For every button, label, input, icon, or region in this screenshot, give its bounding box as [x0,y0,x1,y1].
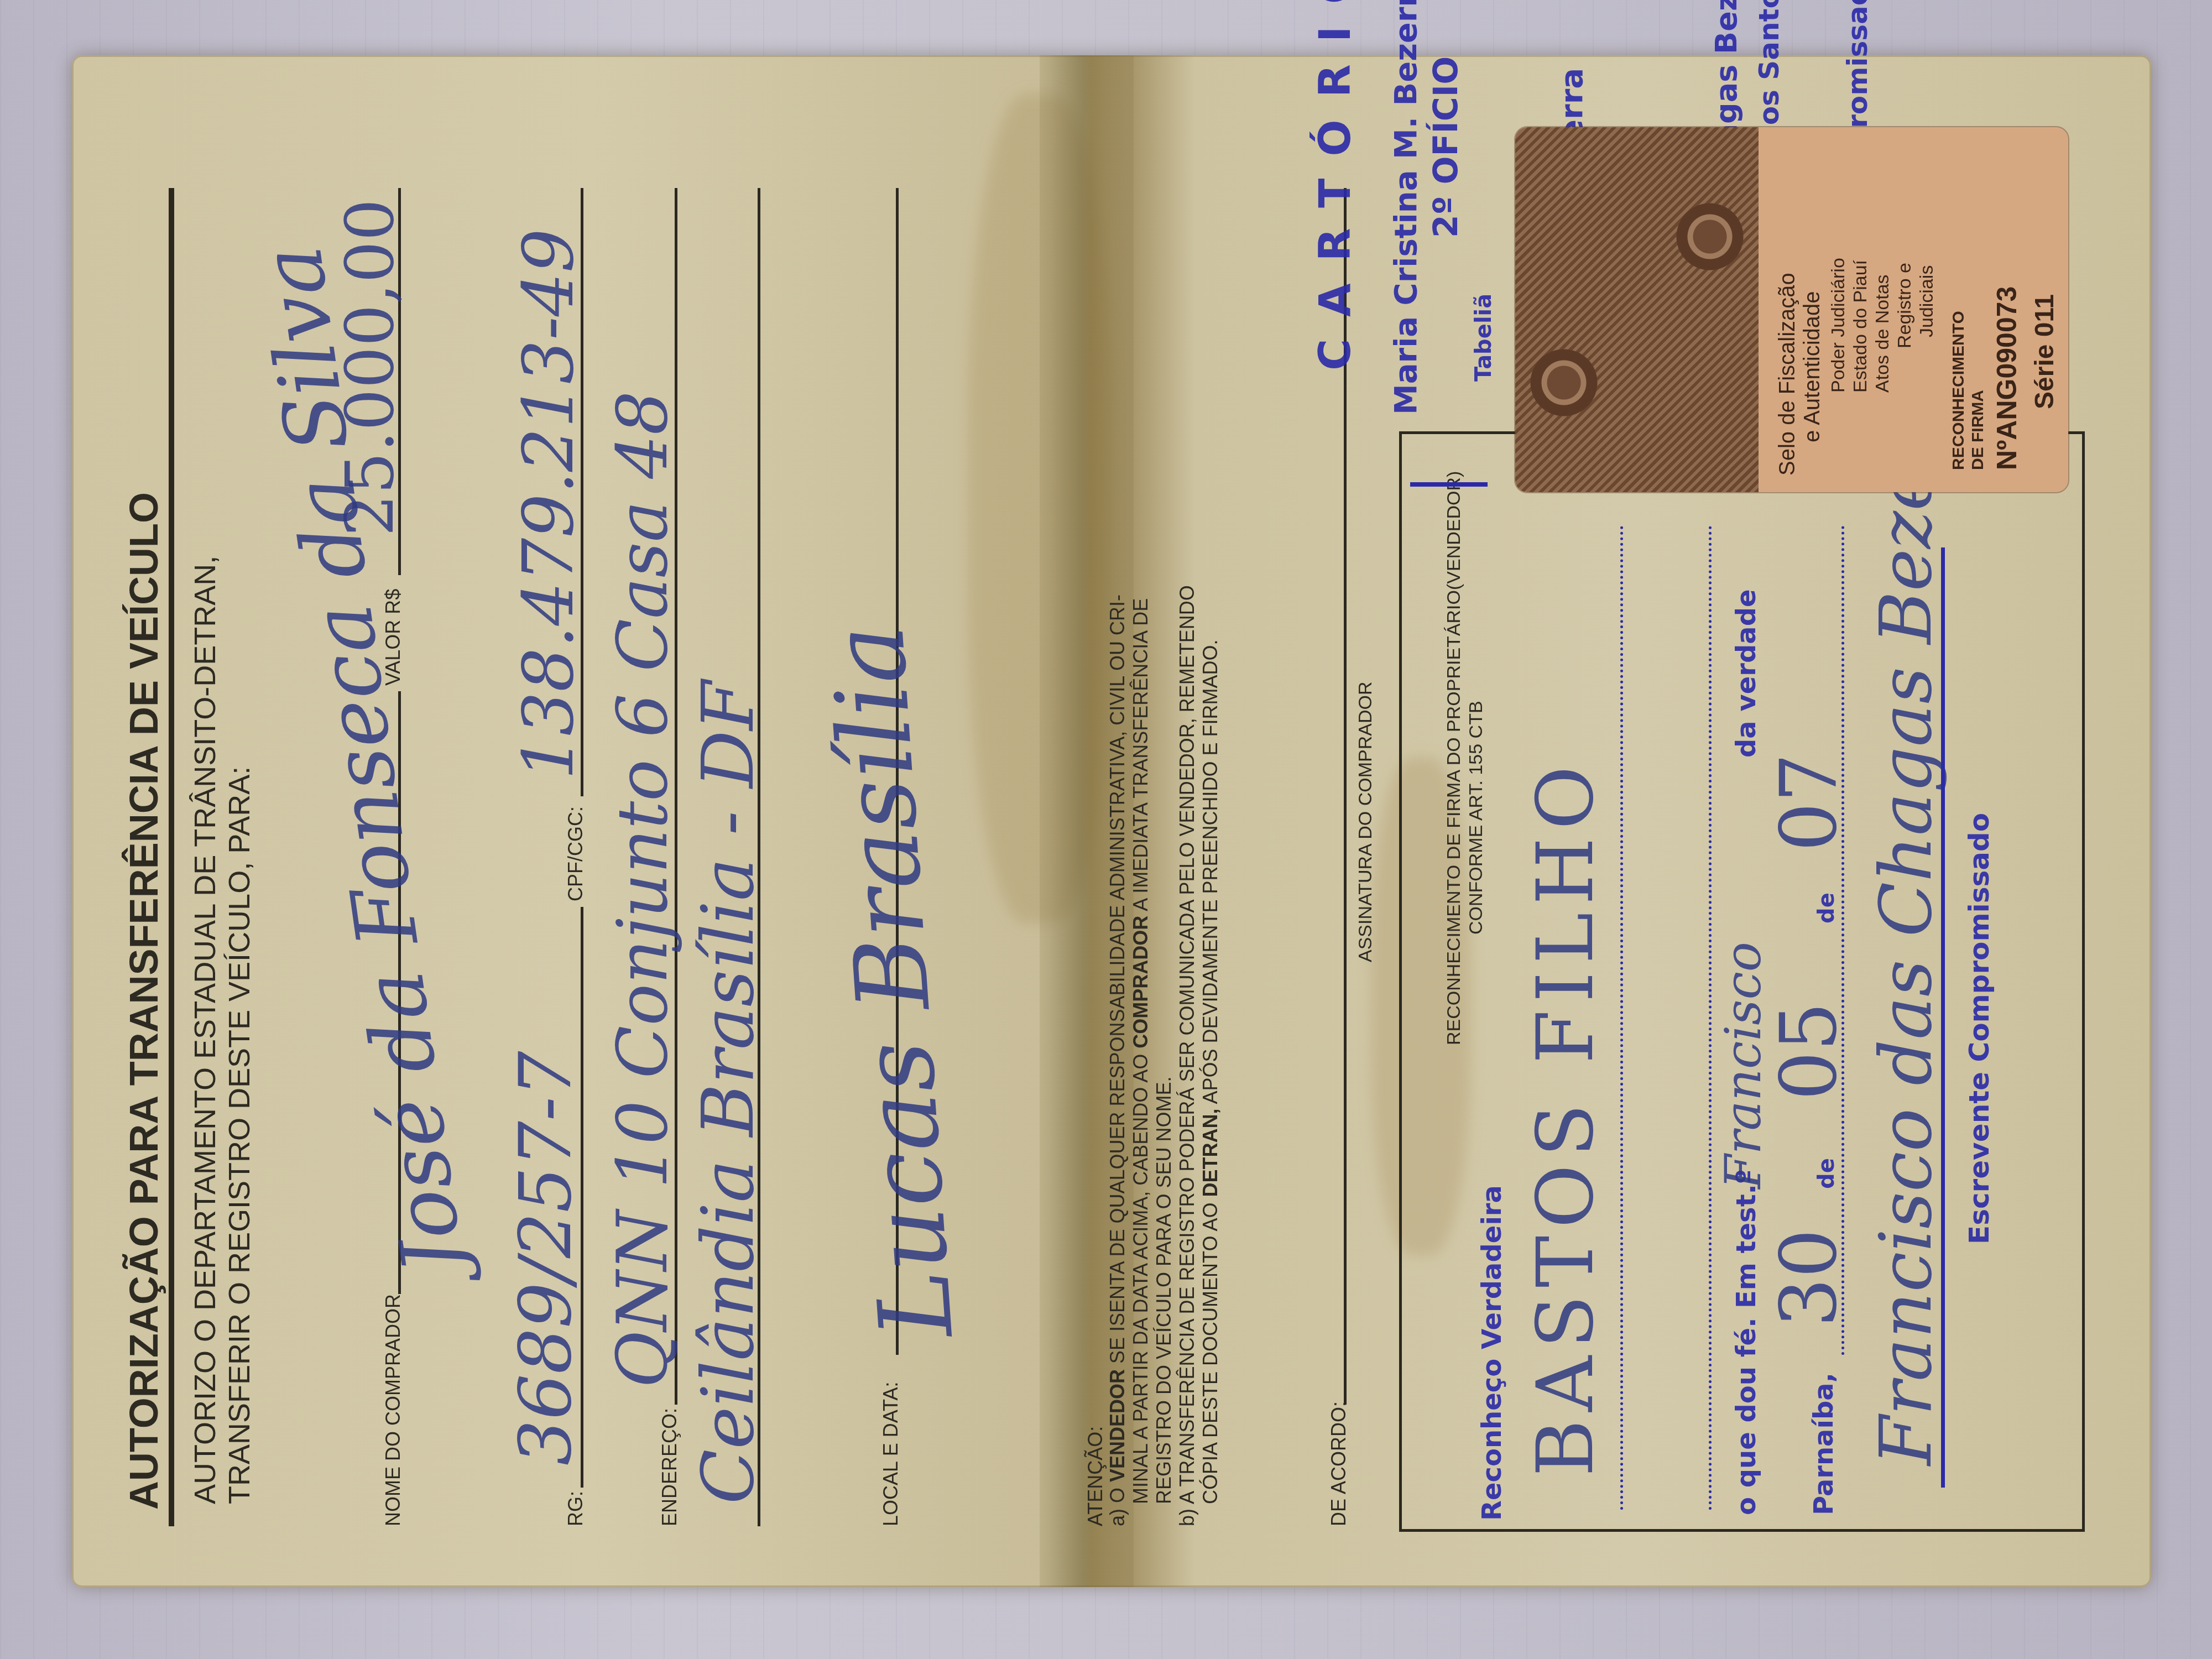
conforme-label: CONFORME ART. 155 CTB [1465,701,1487,935]
buyer-name-label: NOME DO COMPRADOR [382,1294,405,1526]
buyer-signature-label: ASSINATURA DO COMPRADOR [1355,681,1376,962]
seal-series: Série 011 [2030,294,2060,409]
notary-office-header: CARTÓRIO BEZERRA [1311,0,1360,371]
value-label: VALOR R$ [382,589,405,686]
seal-authority-3: Atos de Notas [1872,274,1893,393]
signer-dotted-line-2 [1709,525,1712,1510]
cpf-value: 138.479.213-49 [509,228,589,780]
date-sep-2: de [1814,893,1839,924]
seal-authority-1: Poder Judiciário [1828,258,1849,393]
intro-line-1: AUTORIZO O DEPARTAMENTO ESTADUAL DE TRÂN… [188,556,222,1504]
rg-value: 3689/257-7 [503,1051,587,1465]
fiscal-seal: Selo de Fiscalização e Autenticidade Pod… [1515,127,2068,492]
date-place: Parnaíba, [1808,1373,1839,1515]
agreement-label: DE ACORDO: [1327,1401,1350,1526]
place-date-label: LOCAL E DATA: [879,1382,902,1526]
cpf-label: CPF/CGC: [564,806,587,901]
title-underline [169,188,174,1526]
recognition-stamp-line-2: o que dou fé. Em test.º [1731,1169,1762,1515]
recognition-stamp-line-1: Reconheço Verdadeira [1477,1185,1507,1521]
recognition-stamp-truth: da verdade [1731,589,1762,758]
address-value-1: QNN 10 Conjunto 6 Casa 48 [603,391,683,1388]
notice-item-a-line-3: REGISTRO DO VEÍCULO PARA O SEU NOME. [1152,1077,1176,1504]
notary-office-number: 2º OFÍCIO [1427,56,1465,238]
date-month: 05 [1764,1002,1854,1100]
seal-number: NºANG090073 [1991,286,2023,470]
notary-name-1-role: Tabeliã [1471,294,1496,382]
seal-authority-2: Estado do Piauí [1850,260,1871,393]
notice-item-b-line-2: CÓPIA DESTE DOCUMENTO AO DETRAN, APÓS DE… [1199,639,1222,1504]
escrevente-label: Escrevente Compromissado [1963,813,1995,1244]
seal-title-2: e Autenticidade [1800,291,1825,442]
rg-label: RG: [564,1491,587,1526]
agreement-line [1344,188,1347,1405]
date-sep-1: de [1814,1158,1839,1189]
seal-authority-5: Judiciais [1916,265,1938,337]
value-amount: 25.000,00 [332,199,409,536]
notice-item-b-line-1: b) A TRANSFERÊNCIA DE REGISTRO PODERÁ SE… [1176,585,1199,1526]
recognition-label: RECONHECIMENTO DE FIRMA DO PROPRIETÁRIO(… [1443,471,1465,1045]
seal-authority-4: Registro e [1894,263,1916,348]
stamp-bracket [1410,482,1488,487]
notice-item-a-line-2: MINAL A PARTIR DA DATA ACIMA, CABENDO AO… [1129,598,1152,1504]
seal-title-1: Selo de Fiscalização [1775,273,1800,476]
seal-guilloche-pattern [1515,127,1759,492]
notary-name-1: Maria Cristina M. Bezerra [1388,0,1424,415]
address-label: ENDEREÇO: [658,1408,681,1526]
notary-signature-line [1941,547,1945,1488]
date-day: 30 [1764,1229,1854,1327]
date-year: 07 [1764,753,1854,852]
notice-item-a-line-1: a) O VENDEDOR SE ISENTA DE QUALQUER RESP… [1106,594,1129,1526]
signer-dotted-line [1620,525,1623,1510]
intro-line-2: TRANSFERIR O REGISTRO DESTE VEÍCULO, PAR… [222,766,257,1504]
seal-type-2: DE FIRMA [1969,390,1987,470]
signer-name-handwritten: BASTOS FILHO [1521,758,1611,1477]
notice-heading: ATENÇÃO: [1084,1426,1107,1526]
address-value-2: Ceilândia Brasília - DF [686,680,770,1504]
vehicle-transfer-document: AUTORIZAÇÃO PARA TRANSFERÊNCIA DE VEÍCUL… [72,55,2151,1587]
date-dotted-line [1841,525,1844,1355]
form-title: AUTORIZAÇÃO PARA TRANSFERÊNCIA DE VEÍCUL… [122,492,167,1510]
seal-type-1: RECONHECIMENTO [1949,311,1968,470]
notary-signature: Francisco das Chagas Bezerra [1864,357,1948,1465]
